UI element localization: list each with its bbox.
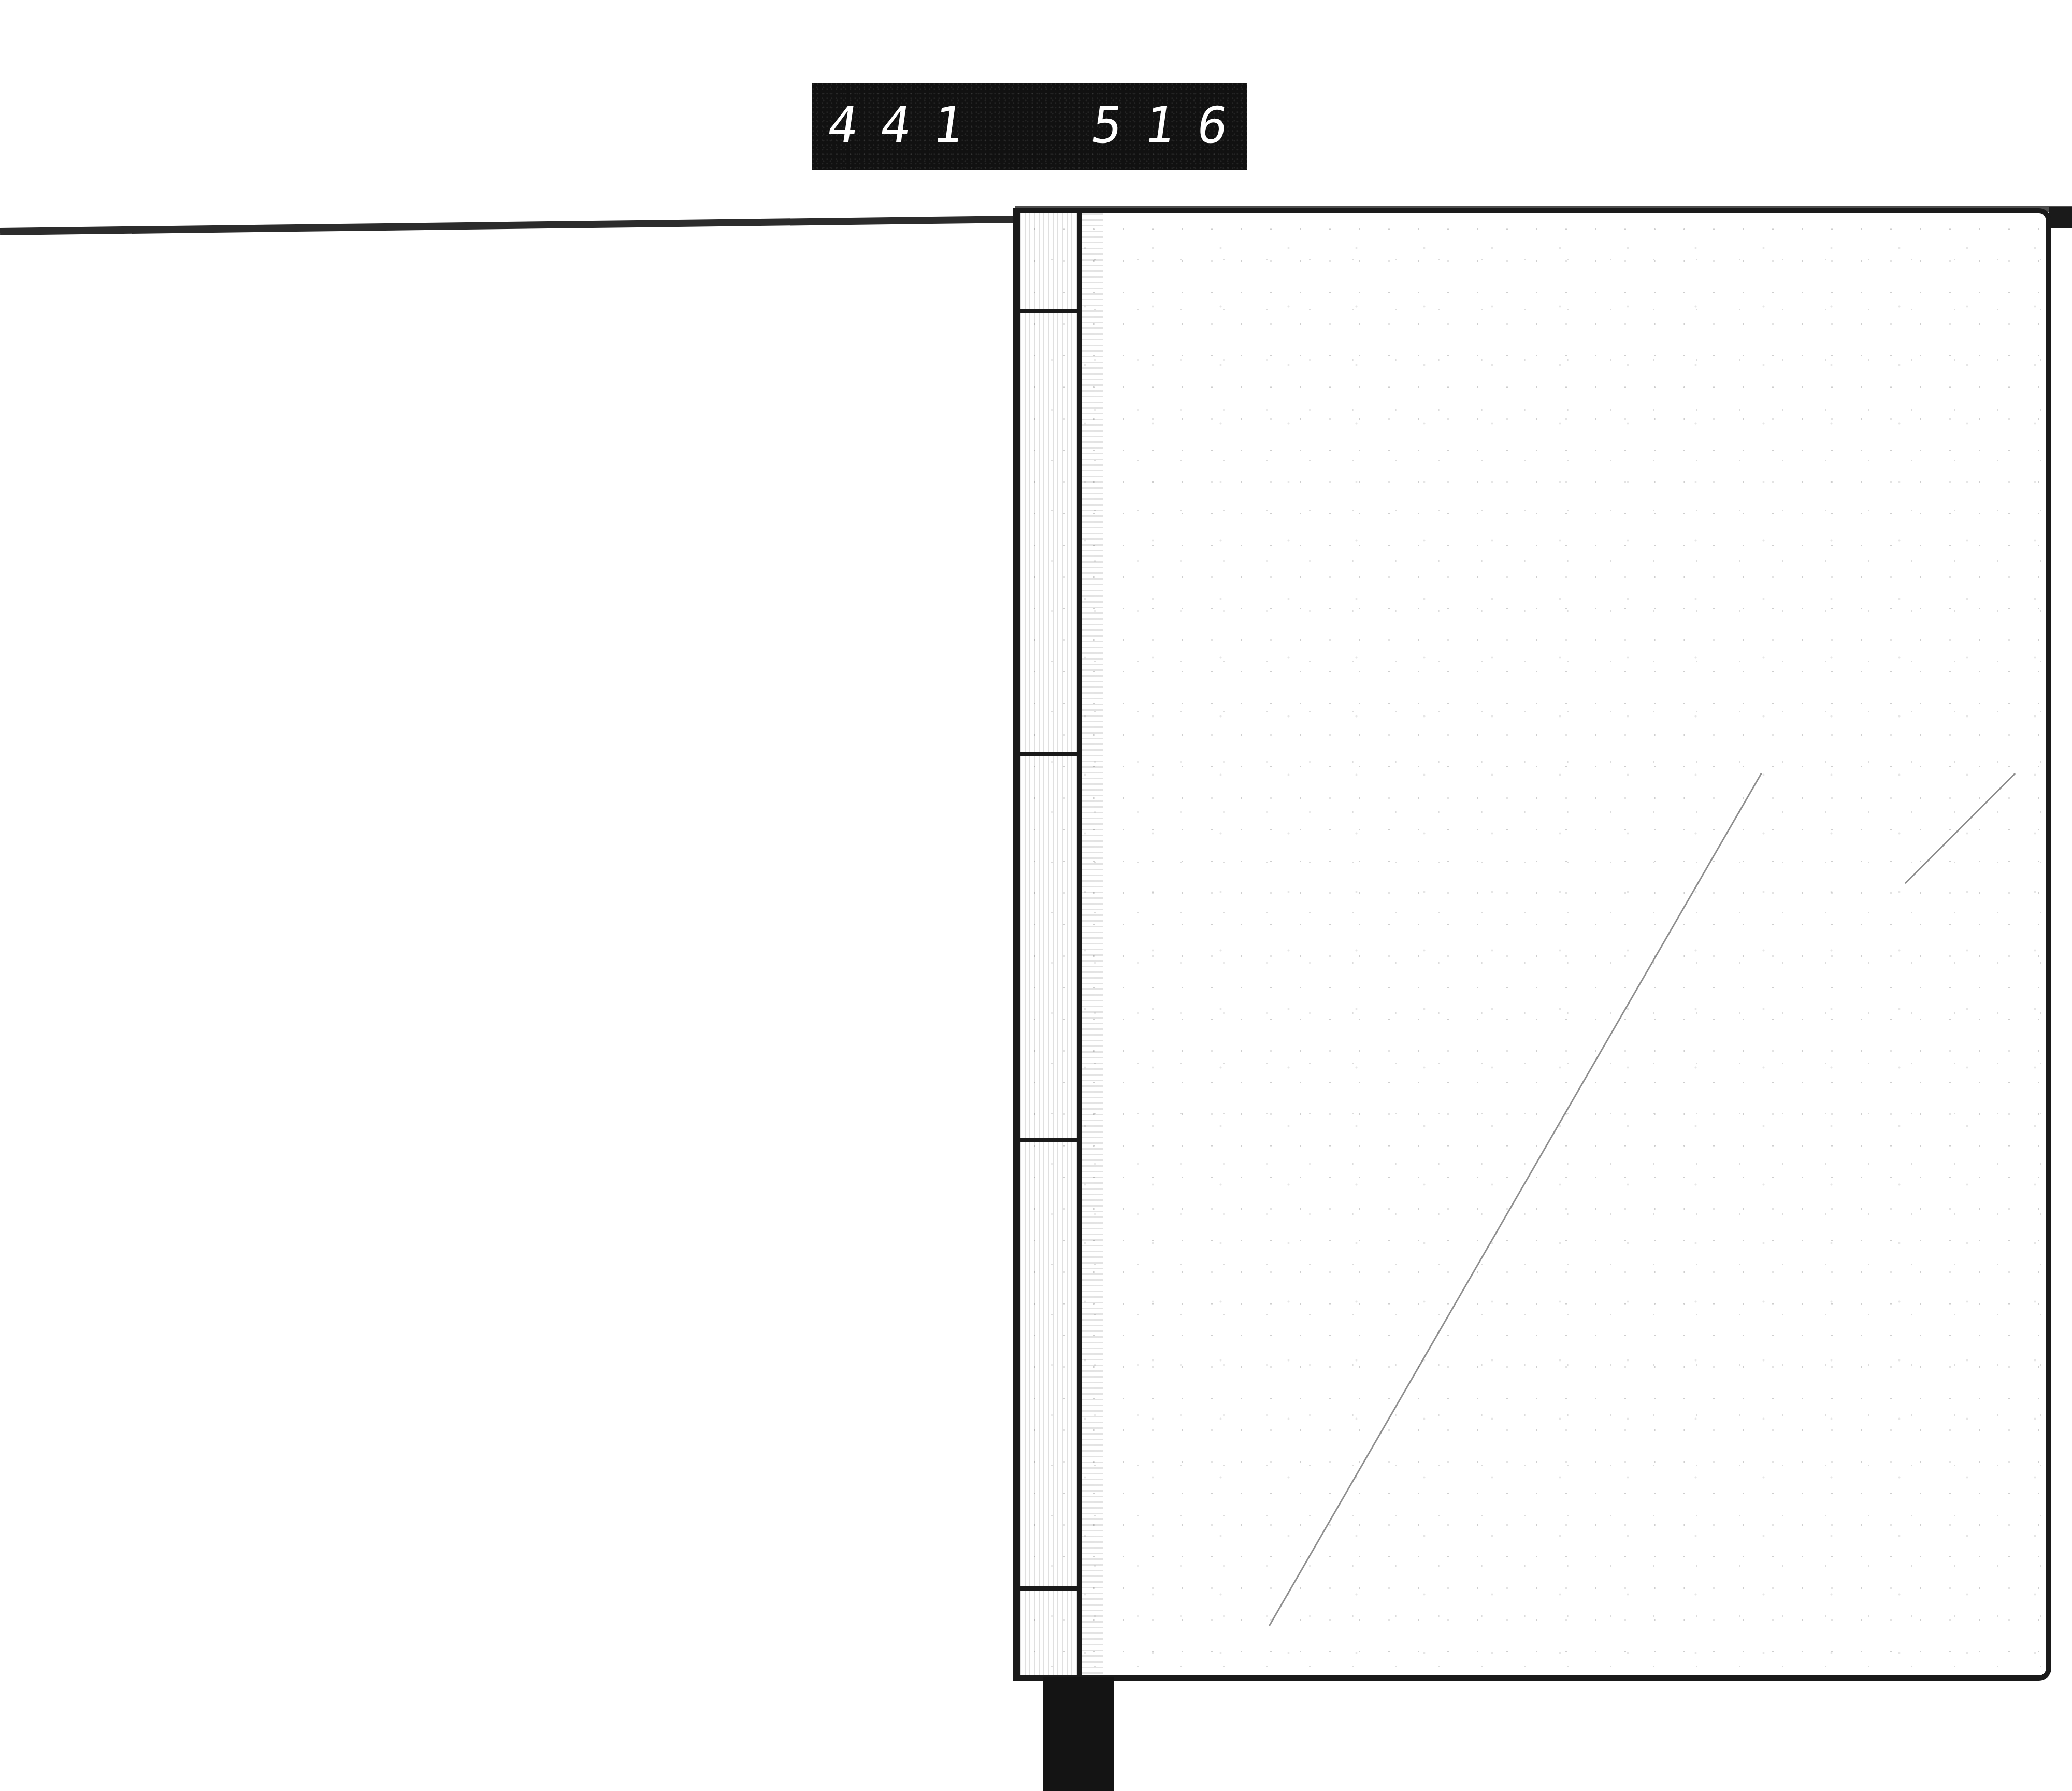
top-scan-rule [0,216,1031,235]
book-spine [1020,213,1082,1675]
top-right-tab [2049,207,2072,228]
cover-inner-edge [1082,213,1103,1675]
catalog-number-part-b: 516. [1088,96,1307,154]
spine-tail-block [1043,1677,1114,1791]
book-cover [1013,208,2051,1681]
spine-stitch [1020,1586,1077,1591]
spine-stitch [1020,1138,1077,1142]
catalog-number: 441 516. [806,83,1254,170]
catalog-label: 441 516. [812,83,1247,170]
spine-stitch [1020,752,1077,756]
spine-stitch [1020,309,1077,313]
catalog-number-part-a: 441 [824,96,990,154]
cover-texture [1020,213,2046,1675]
